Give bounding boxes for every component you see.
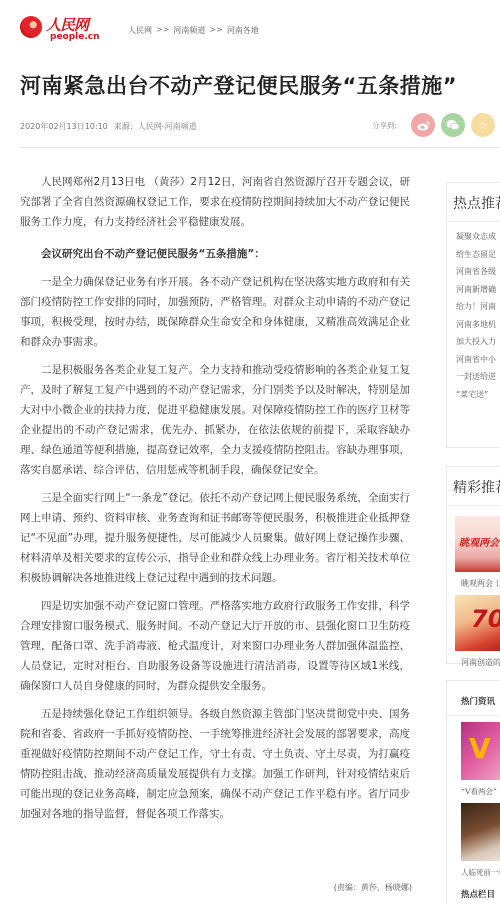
featured-thumbnail[interactable]: 70 bbox=[455, 595, 500, 651]
article-paragraph: 五是持续强化登记工作组织领导。各级自然资源主管部门坚决贯彻党中央、国务院和省委、… bbox=[20, 704, 410, 824]
top-bar: 人民网 people.cn 人民网 >> 河南频道 >> 河南各地 bbox=[0, 0, 500, 48]
featured-panel: 精彩推荐 眺观两会 眺观两会 让 70 河南创造的7 bbox=[446, 466, 500, 664]
hot-column-title: 热点栏目 bbox=[447, 878, 500, 904]
article-editor: (责编：黄莎、杨晓娜) bbox=[334, 882, 412, 893]
hot-item[interactable]: “菜宅送” bbox=[456, 386, 500, 404]
news-thumbnail[interactable]: V bbox=[461, 722, 500, 780]
share-label: 分享到: bbox=[372, 120, 397, 131]
people-cn-logo[interactable]: 人民网 people.cn bbox=[20, 14, 100, 46]
share-bar: 分享到: ☆ bbox=[372, 113, 495, 137]
article-body: 人民网郑州2月13日电 （黄莎）2月12日，河南省自然资源厅召开专题会议，研究部… bbox=[20, 152, 410, 824]
breadcrumb-henan-local[interactable]: 河南各地 bbox=[227, 25, 259, 36]
featured-thumbnail[interactable]: 眺观两会 bbox=[455, 516, 500, 572]
breadcrumb-separator: >> bbox=[156, 25, 169, 36]
article-title: 河南紧急出台不动产登记便民服务“五条措施” bbox=[20, 70, 457, 100]
news-caption[interactable]: “V看两会” bbox=[447, 780, 500, 797]
featured-caption[interactable]: 河南创造的7 bbox=[447, 651, 500, 668]
featured-title: 精彩推荐 bbox=[447, 467, 500, 506]
article-datetime: 2020年02月13日10:10 bbox=[20, 121, 108, 132]
article-source[interactable]: 来源：人民网-河南频道 bbox=[114, 121, 197, 132]
header-divider bbox=[20, 147, 500, 148]
hot-recommend-title: 热点推荐 bbox=[447, 183, 500, 222]
share-weibo-button[interactable] bbox=[411, 113, 435, 137]
star-icon: ☆ bbox=[478, 119, 488, 132]
share-wechat-button[interactable] bbox=[441, 113, 465, 137]
hot-item[interactable]: 凝聚众志成 bbox=[456, 228, 500, 246]
hot-news-title: 热门资讯 bbox=[447, 681, 500, 716]
thumbnail-text: 70 bbox=[471, 605, 500, 633]
weibo-icon bbox=[417, 120, 430, 131]
thumbnail-text: V bbox=[469, 732, 491, 765]
hot-item[interactable]: 河南多地机 bbox=[456, 316, 500, 334]
article-meta: 2020年02月13日10:10 来源：人民网-河南频道 bbox=[20, 121, 197, 132]
article-subheading: 会议研究出台不动产登记便民服务“五条措施”： bbox=[20, 244, 410, 264]
breadcrumb-home[interactable]: 人民网 bbox=[128, 25, 152, 36]
hot-item[interactable]: 给力！河南 bbox=[456, 298, 500, 316]
hot-item[interactable]: 河南省各级 bbox=[456, 263, 500, 281]
breadcrumb: 人民网 >> 河南频道 >> 河南各地 bbox=[128, 25, 259, 36]
hot-news-panel: 热门资讯 V “V看两会” 人临死前一秒 热点栏目 bbox=[446, 680, 500, 904]
article-paragraph: 四是切实加强不动产登记窗口管理。严格落实地方政府行政服务工作安排，科学合理安排窗… bbox=[20, 596, 410, 696]
hot-item[interactable]: 河南省中小 bbox=[456, 351, 500, 369]
featured-caption[interactable]: 眺观两会 让 bbox=[447, 572, 500, 589]
news-thumbnail[interactable] bbox=[461, 803, 500, 861]
hot-item[interactable]: 给生态留足 bbox=[456, 246, 500, 264]
article-paragraph: 二是积极服务各类企业复工复产。全力支持和推动受疫情影响的各类企业复工复产，及时了… bbox=[20, 360, 410, 480]
logo-en-text: people.cn bbox=[50, 32, 100, 42]
hot-item[interactable]: 河南新增确 bbox=[456, 281, 500, 299]
thumbnail-text: 眺观两会 bbox=[459, 534, 499, 549]
hot-item[interactable]: 加大投入力 bbox=[456, 333, 500, 351]
hot-recommend-panel: 热点推荐 凝聚众志成 给生态留足 河南省各级 河南新增确 给力！河南 河南多地机… bbox=[446, 182, 500, 448]
logo-mark-icon bbox=[20, 16, 42, 38]
article-paragraph: 三是全面实行网上“一条龙”登记。依托不动产登记网上便民服务系统，全面实行网上申请… bbox=[20, 488, 410, 588]
article-paragraph: 一是全力确保登记业务有序开展。各不动产登记机构在坚决落实地方政府和有关部门疫情防… bbox=[20, 272, 410, 352]
share-favorite-button[interactable]: ☆ bbox=[471, 113, 495, 137]
breadcrumb-henan-channel[interactable]: 河南频道 bbox=[173, 25, 205, 36]
article-paragraph-lead: 人民网郑州2月13日电 （黄莎）2月12日，河南省自然资源厅召开专题会议，研究部… bbox=[20, 172, 410, 232]
hot-recommend-list: 凝聚众志成 给生态留足 河南省各级 河南新增确 给力！河南 河南多地机 加大投入… bbox=[447, 222, 500, 403]
news-caption[interactable]: 人临死前一秒 bbox=[447, 861, 500, 878]
hot-item[interactable]: 一封送给逆 bbox=[456, 368, 500, 386]
breadcrumb-separator: >> bbox=[209, 25, 222, 36]
wechat-icon bbox=[446, 119, 460, 131]
